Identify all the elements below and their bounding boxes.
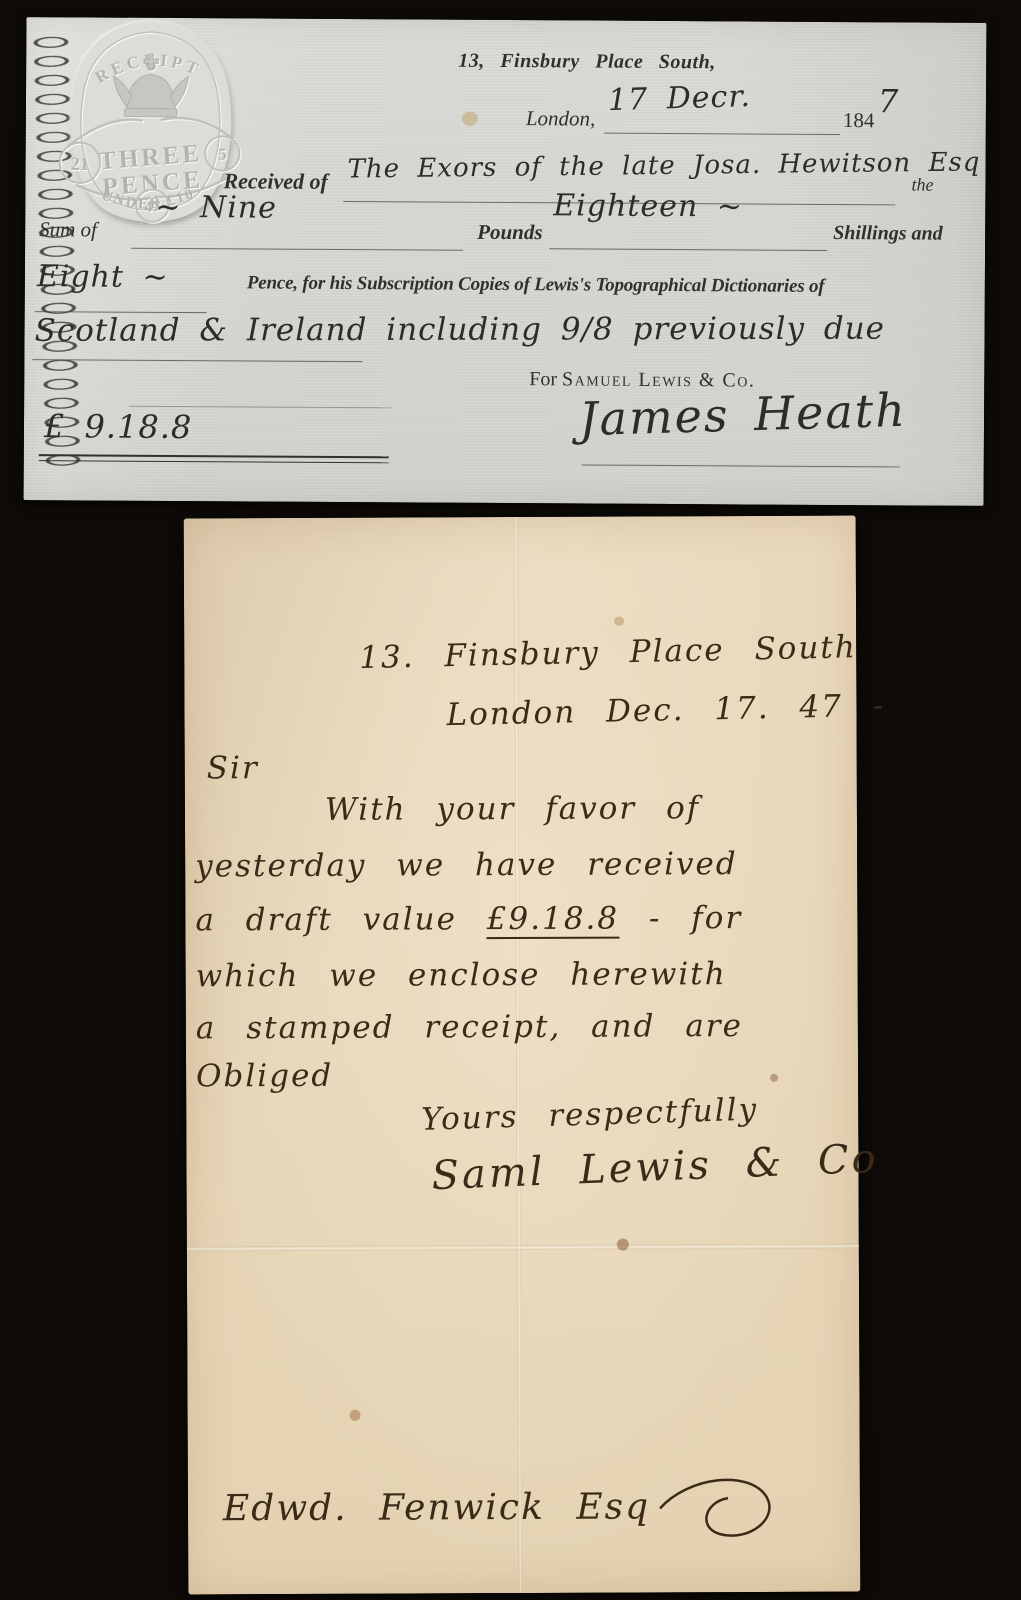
amount-double-rule: [39, 454, 389, 463]
letter-body-line-2: yesterday we have received: [195, 846, 738, 884]
body-line-3-post: - for: [619, 900, 742, 937]
receipt-document: RECEIPT THREE PE: [24, 17, 987, 506]
pence-value: Eight ~: [37, 259, 169, 295]
receipt-year-handwritten: 7: [878, 82, 900, 120]
stamp-left-number: 21: [71, 154, 89, 174]
letter-salutation: Sir: [207, 750, 259, 786]
stain-spot: [462, 112, 478, 126]
shillings-label: Shillings and: [833, 222, 943, 246]
pounds-rule: [131, 248, 463, 251]
shillings-value: Eighteen ~: [553, 188, 743, 224]
foxing-spot: [770, 1074, 778, 1082]
pence-label: Pence, for his Subscription Copies of Le…: [247, 272, 825, 298]
signature-rule: [582, 464, 900, 467]
shillings-rule: [549, 248, 827, 251]
receipt-city-label: London,: [526, 106, 596, 131]
receipt-address-line: 13, Finsbury Place South,: [458, 50, 716, 75]
date-rule: [604, 133, 840, 135]
horizontal-fold-crease: [187, 1244, 859, 1252]
letter-body-line-1: With your favor of: [325, 790, 700, 828]
pounds-value: ~ Nine: [155, 190, 277, 226]
signature-flourish-icon: [654, 1468, 784, 1549]
vertical-fold-crease: [514, 517, 523, 1593]
receipt-date-handwritten: 17 Decr.: [608, 79, 752, 118]
foxing-spot: [614, 617, 624, 626]
receipt-signature: James Heath: [578, 383, 907, 446]
letter-addressee-row: Edwd. Fenwick Esq: [223, 1468, 784, 1550]
letter-date-line: London Dec. 17. 47 -: [446, 688, 885, 734]
letter-address-line: 13. Finsbury Place South: [359, 629, 857, 676]
pounds-label: Pounds: [477, 220, 543, 245]
sum-of-label: Sum of: [39, 217, 97, 242]
letter-body-line-4: which we enclose herewith: [196, 956, 727, 994]
body-line-3-amount: £9.18.8: [487, 901, 619, 940]
for-label: For: [529, 368, 557, 390]
amount-value: £ 9.18.8: [44, 407, 193, 446]
stamp-right-number: 5: [218, 145, 227, 164]
letter-body-line-3: a draft value £9.18.8 - for: [195, 900, 742, 938]
letter-closing: Yours respectfully: [421, 1092, 759, 1138]
letter-signature: Saml Lewis & Co: [431, 1136, 880, 1200]
foxing-spot: [350, 1410, 361, 1421]
receipt-year-printed: 184: [843, 108, 875, 133]
letter-body-line-5: a stamped receipt, and are: [196, 1008, 743, 1046]
received-of-value: The Exors of the late Josa. Hewitson Esq: [347, 147, 980, 184]
received-suffix: the: [911, 174, 933, 195]
description-value: Scotland & Ireland including 9/8 previou…: [35, 311, 885, 349]
letter-body-line-6: Obliged: [196, 1058, 333, 1095]
letter-addressee: Edwd. Fenwick Esq: [223, 1486, 650, 1529]
foxing-spot: [617, 1239, 629, 1251]
body-line-3-pre: a draft value: [195, 901, 486, 938]
letter-document: 13. Finsbury Place South London Dec. 17.…: [184, 516, 861, 1595]
